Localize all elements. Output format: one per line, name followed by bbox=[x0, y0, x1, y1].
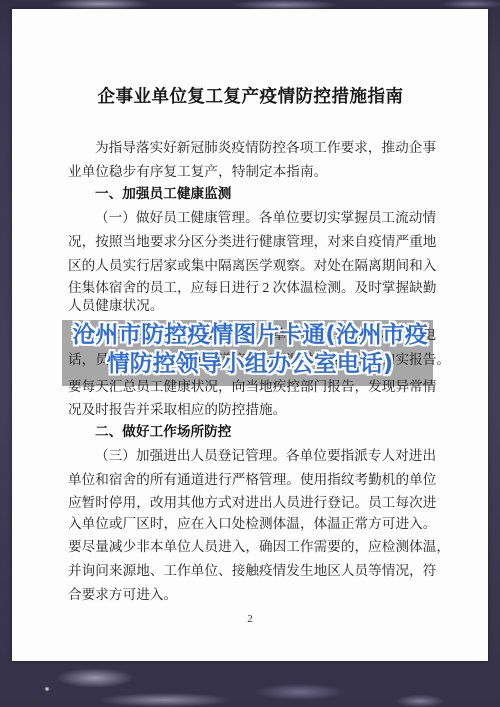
text-line: （三）加强进出人员登记管理。各单位要指派专人对进出 bbox=[68, 446, 465, 466]
text-line: 要尽量减少非本单位人员进入，确因工作需要的，应检测体温， bbox=[68, 537, 438, 557]
text-line: 况，按照当地要求分区分类进行健康管理，对来自疫情严重地 bbox=[68, 232, 438, 252]
text-line: 并询问来源地、工作单位、接触疫情发生地区人员等情况，符 bbox=[68, 561, 438, 581]
text-line: （一）做好员工健康管理。各单位要切实掌握员工流动情 bbox=[68, 208, 465, 228]
watermark-caption-line2: 情防控领导小组办公室电话) bbox=[0, 350, 500, 379]
text-line: 区的人员实行居家或集中隔离医学观察。对处在隔离期间和入 bbox=[68, 256, 438, 276]
watermark-caption-line1: 沧州市防控疫情图片卡通(沧州市疫 bbox=[0, 321, 500, 350]
page-number: 2 bbox=[0, 613, 500, 625]
scanned-document-photo: 企事业单位复工复产疫情防控措施指南 为指导落实好新冠肺炎疫情防控各项工作要求，推… bbox=[0, 0, 500, 707]
text-line: 业单位稳步有序复工复产，特制定本指南。 bbox=[68, 162, 438, 182]
text-line: 合要求方可进入。 bbox=[68, 585, 438, 605]
text-line: 为指导落实好新冠肺炎疫情防控各项工作要求，推动企事 bbox=[68, 138, 465, 158]
section-heading-1: 一、加强员工健康监测 bbox=[68, 184, 465, 204]
text-line: 单位和宿舍的所有通道进行严格管理。使用指纹考勤机的单位 bbox=[68, 470, 438, 490]
text-line: 人员健康状况。 bbox=[68, 296, 438, 316]
text-line: 应暂时停用，改用其他方式对进出人员进行登记。员工每次进 bbox=[68, 493, 438, 513]
watermark-caption: 沧州市防控疫情图片卡通(沧州市疫 情防控领导小组办公室电话) bbox=[0, 321, 500, 378]
text-line: 住集体宿舍的员工，应每日进行 2 次体温检测。及时掌握缺勤 bbox=[68, 278, 438, 298]
document-content: 企事业单位复工复产疫情防控措施指南 为指导落实好新冠肺炎疫情防控各项工作要求，推… bbox=[0, 0, 500, 707]
text-line: 入单位或厂区时，应在入口处检测体温，体温正常方可进入。 bbox=[68, 514, 438, 534]
document-title: 企事业单位复工复产疫情防控措施指南 bbox=[68, 83, 433, 108]
section-heading-2: 二、做好工作场所防控 bbox=[68, 422, 465, 442]
text-line: 况及时报告并采取相应的防控措施。 bbox=[68, 400, 438, 420]
